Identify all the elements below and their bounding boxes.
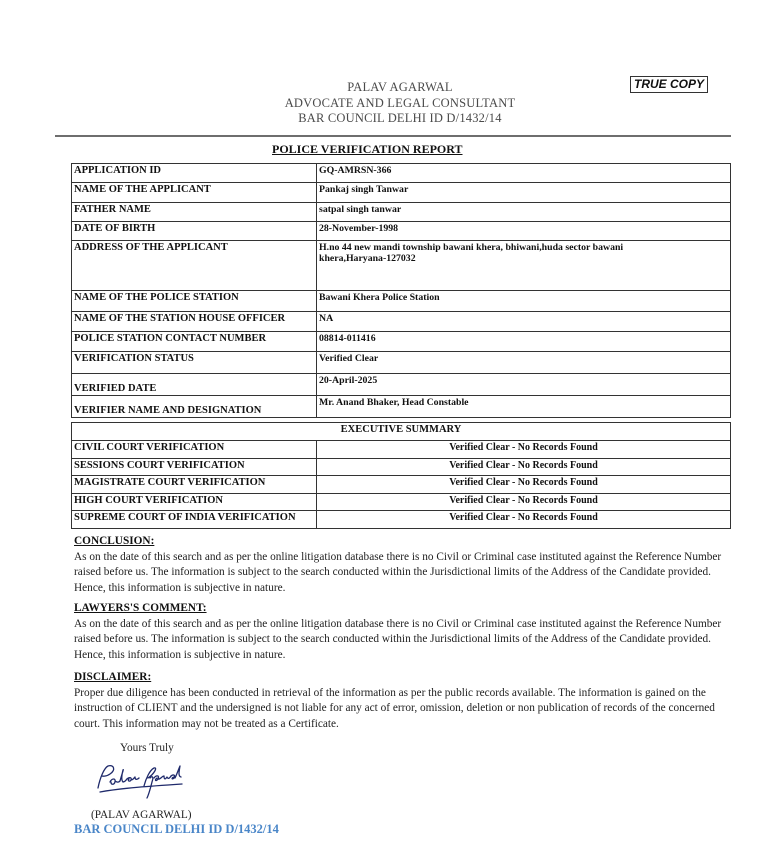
table-row: SUPREME COURT OF INDIA VERIFICATION Veri… (72, 511, 731, 529)
detail-label: NAME OF THE APPLICANT (72, 183, 317, 203)
detail-value: 28-November-1998 (317, 222, 731, 241)
table-row: APPLICATION ID GQ-AMRSN-366 (72, 164, 731, 183)
detail-label: DATE OF BIRTH (72, 222, 317, 241)
court-result: Verified Clear - No Records Found (317, 459, 731, 476)
conclusion-text: As on the date of this search and as per… (74, 550, 734, 597)
table-row: NAME OF THE STATION HOUSE OFFICER NA (72, 312, 731, 332)
court-result: Verified Clear - No Records Found (317, 476, 731, 494)
table-row: MAGISTRATE COURT VERIFICATION Verified C… (72, 476, 731, 494)
detail-value: Bawani Khera Police Station (317, 291, 731, 312)
detail-label: APPLICATION ID (72, 164, 317, 183)
court-label: SUPREME COURT OF INDIA VERIFICATION (72, 511, 317, 529)
detail-value: 08814-011416 (317, 332, 731, 352)
table-row: CIVIL COURT VERIFICATION Verified Clear … (72, 441, 731, 459)
detail-label: NAME OF THE POLICE STATION (72, 291, 317, 312)
signature-icon (92, 760, 192, 802)
signatory-name: (PALAV AGARWAL) (91, 809, 192, 821)
closing-salutation: Yours Truly (120, 742, 174, 754)
disclaimer-section: DISCLAIMER: Proper due diligence has bee… (74, 670, 734, 732)
bar-council-id: BAR COUNCIL DELHI ID D/1432/14 (250, 111, 550, 127)
letterhead: PALAV AGARWAL ADVOCATE AND LEGAL CONSULT… (250, 80, 550, 127)
table-row: FATHER NAME satpal singh tanwar (72, 203, 731, 222)
disclaimer-text: Proper due diligence has been conducted … (74, 686, 734, 733)
table-row: SESSIONS COURT VERIFICATION Verified Cle… (72, 459, 731, 476)
detail-value: Verified Clear (317, 352, 731, 374)
table-row: VERIFICATION STATUS Verified Clear (72, 352, 731, 374)
conclusion-section: CONCLUSION: As on the date of this searc… (74, 534, 734, 596)
true-copy-stamp: TRUE COPY (630, 76, 708, 93)
advocate-title: ADVOCATE AND LEGAL CONSULTANT (250, 96, 550, 112)
detail-value: 20-April-2025 (317, 374, 731, 396)
detail-label: POLICE STATION CONTACT NUMBER (72, 332, 317, 352)
header-divider (55, 135, 731, 137)
court-label: HIGH COURT VERIFICATION (72, 494, 317, 511)
detail-value: GQ-AMRSN-366 (317, 164, 731, 183)
table-row: VERIFIER NAME AND DESIGNATION Mr. Anand … (72, 396, 731, 418)
advocate-name: PALAV AGARWAL (250, 80, 550, 96)
court-result: Verified Clear - No Records Found (317, 441, 731, 459)
detail-label: VERIFIER NAME AND DESIGNATION (72, 396, 317, 418)
conclusion-title: CONCLUSION: (74, 534, 734, 550)
table-row: VERIFIED DATE 20-April-2025 (72, 374, 731, 396)
court-label: MAGISTRATE COURT VERIFICATION (72, 476, 317, 494)
lawyers-comment-section: LAWYERS'S COMMENT: As on the date of thi… (74, 601, 734, 663)
signatory-bar-id: BAR COUNCIL DELHI ID D/1432/14 (74, 822, 279, 837)
table-row: POLICE STATION CONTACT NUMBER 08814-0114… (72, 332, 731, 352)
executive-summary-heading: EXECUTIVE SUMMARY (72, 423, 731, 441)
detail-label: VERIFIED DATE (72, 374, 317, 396)
table-row: HIGH COURT VERIFICATION Verified Clear -… (72, 494, 731, 511)
disclaimer-title: DISCLAIMER: (74, 670, 734, 686)
detail-label: FATHER NAME (72, 203, 317, 222)
court-result: Verified Clear - No Records Found (317, 511, 731, 529)
detail-value: Pankaj singh Tanwar (317, 183, 731, 203)
report-title: POLICE VERIFICATION REPORT (272, 142, 463, 157)
detail-label: ADDRESS OF THE APPLICANT (72, 241, 317, 291)
detail-value: satpal singh tanwar (317, 203, 731, 222)
court-label: SESSIONS COURT VERIFICATION (72, 459, 317, 476)
detail-value: NA (317, 312, 731, 332)
applicant-details-table: APPLICATION ID GQ-AMRSN-366 NAME OF THE … (71, 163, 731, 418)
table-row: NAME OF THE POLICE STATION Bawani Khera … (72, 291, 731, 312)
detail-value: Mr. Anand Bhaker, Head Constable (317, 396, 731, 418)
lawyers-comment-text: As on the date of this search and as per… (74, 617, 734, 664)
detail-label: NAME OF THE STATION HOUSE OFFICER (72, 312, 317, 332)
table-row: DATE OF BIRTH 28-November-1998 (72, 222, 731, 241)
detail-label: VERIFICATION STATUS (72, 352, 317, 374)
summary-heading-row: EXECUTIVE SUMMARY (72, 423, 731, 441)
lawyers-comment-title: LAWYERS'S COMMENT: (74, 601, 734, 617)
court-label: CIVIL COURT VERIFICATION (72, 441, 317, 459)
executive-summary-table: EXECUTIVE SUMMARY CIVIL COURT VERIFICATI… (71, 422, 731, 529)
court-result: Verified Clear - No Records Found (317, 494, 731, 511)
table-row: NAME OF THE APPLICANT Pankaj singh Tanwa… (72, 183, 731, 203)
detail-value: H.no 44 new mandi township bawani khera,… (317, 241, 731, 291)
table-row: ADDRESS OF THE APPLICANT H.no 44 new man… (72, 241, 731, 291)
